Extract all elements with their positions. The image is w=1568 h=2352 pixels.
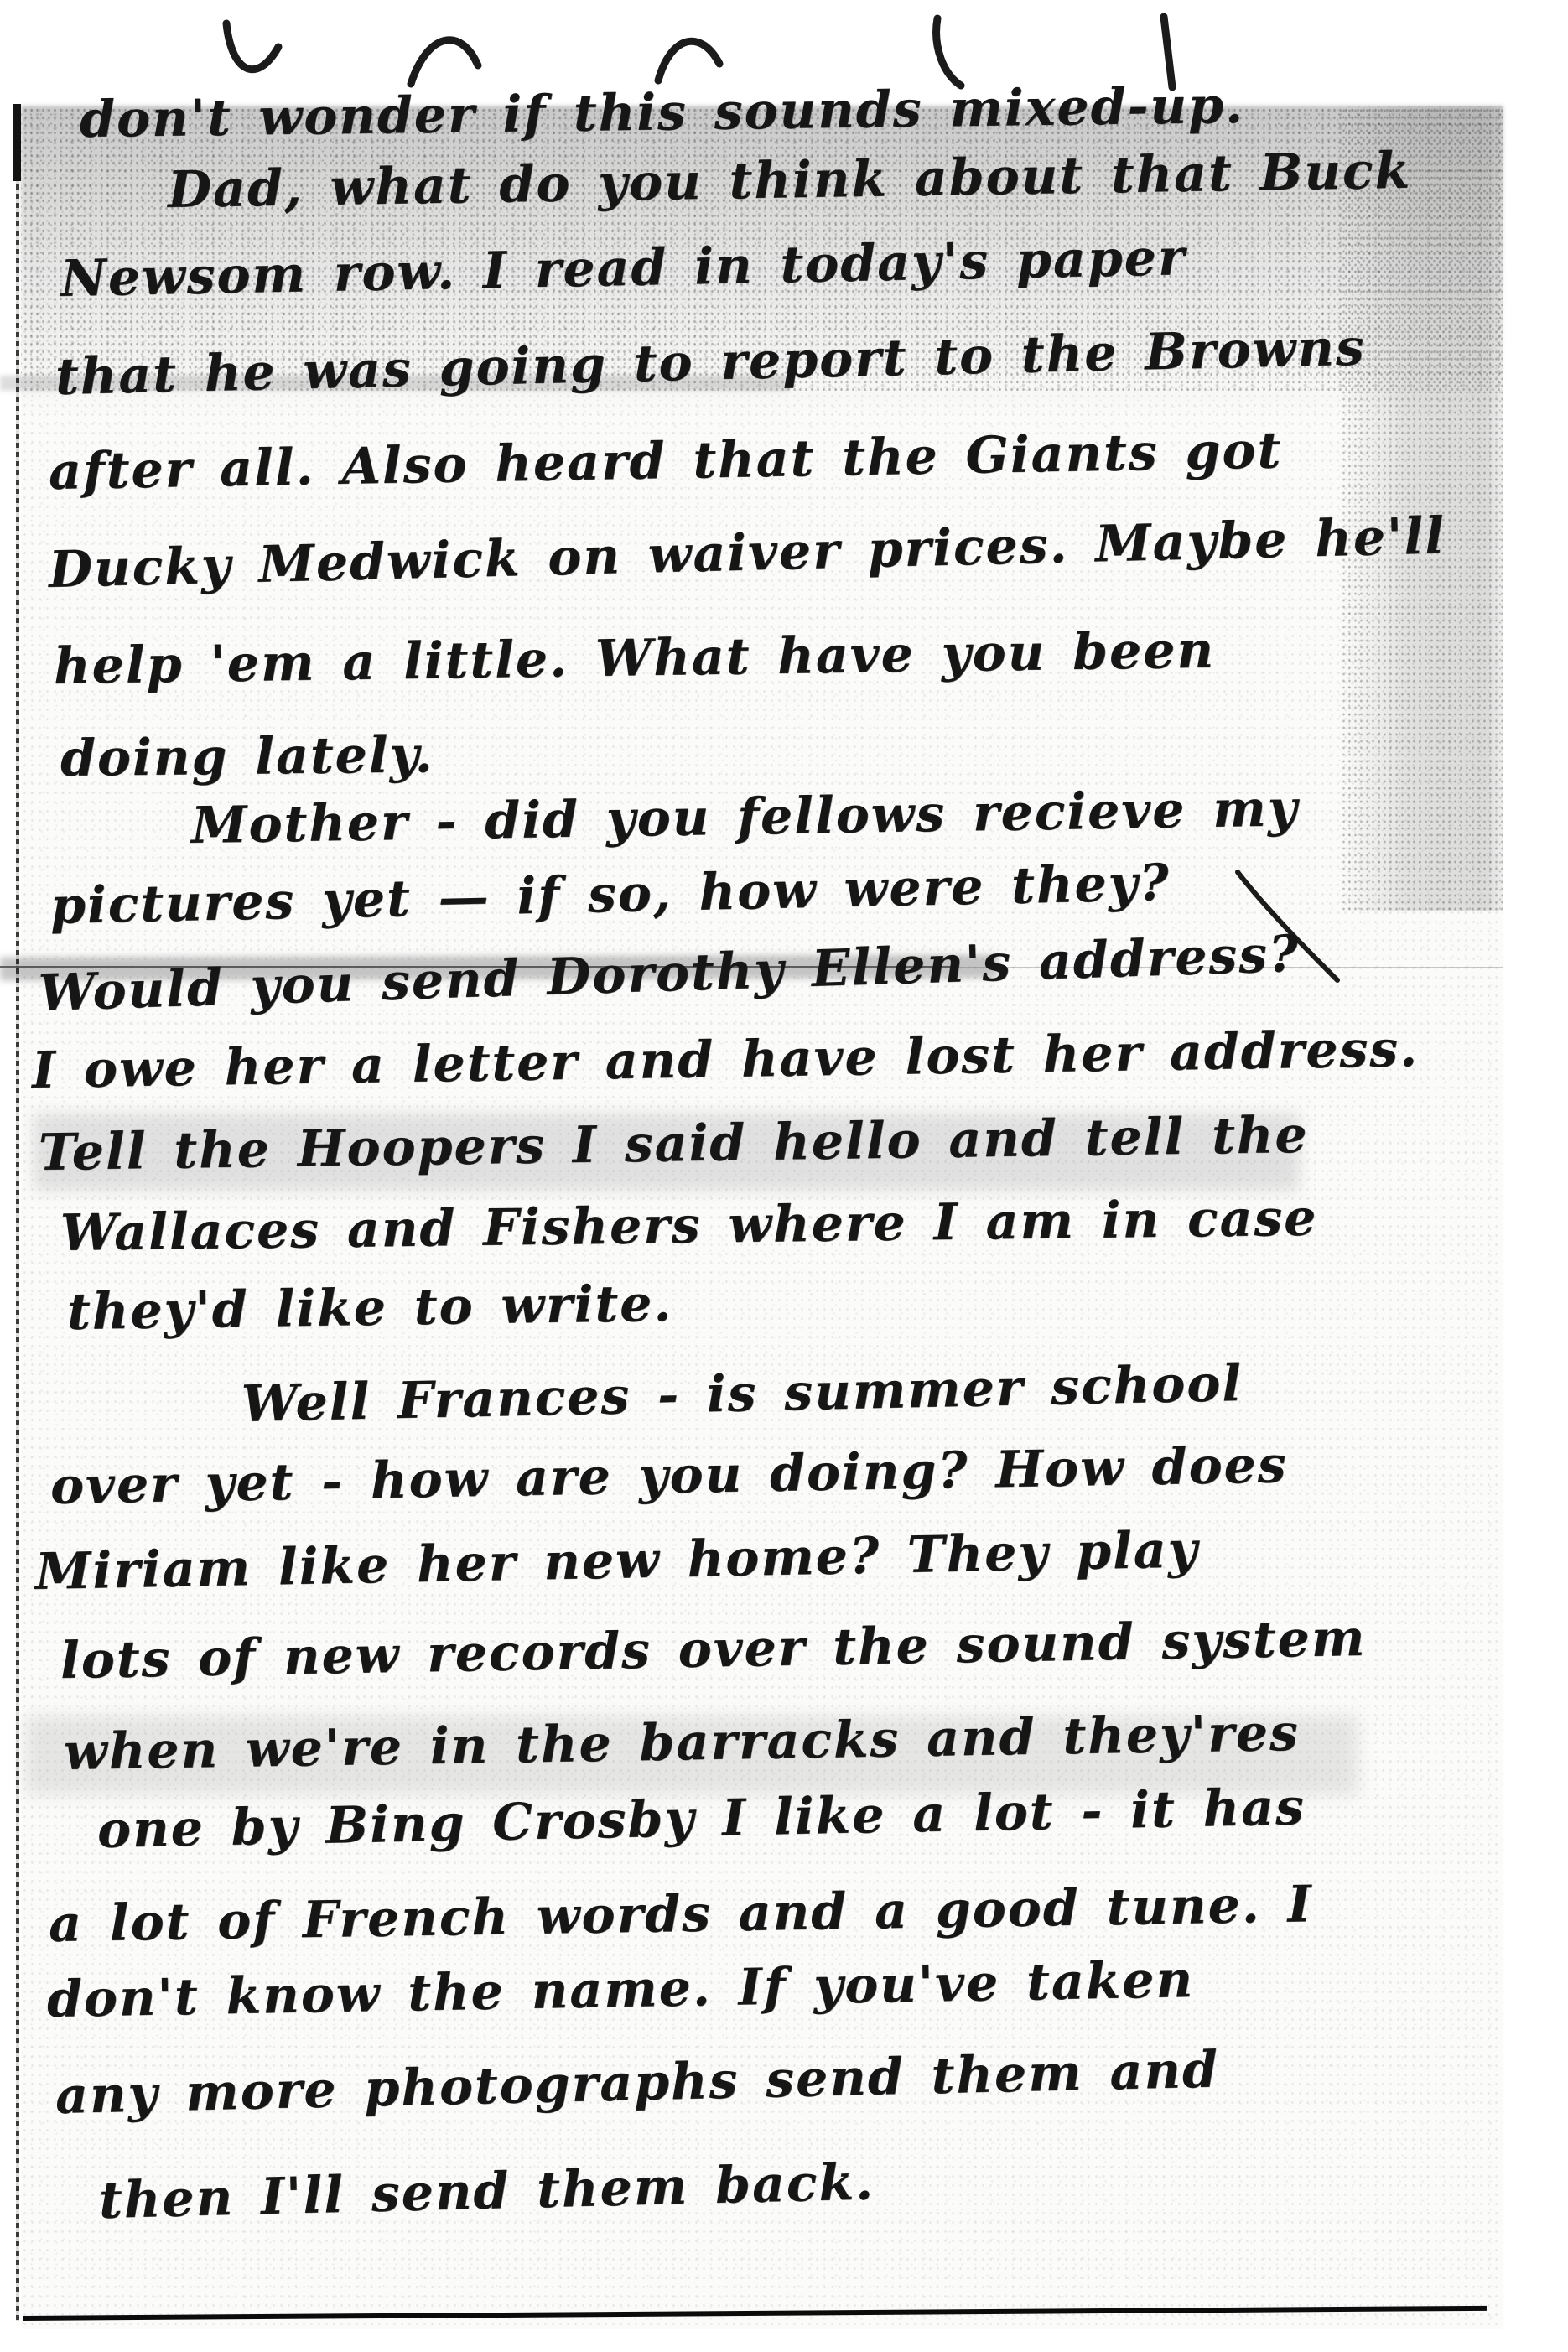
letter-line: they'd like to write.: [67, 1275, 673, 1342]
letter-line: doing lately.: [60, 725, 434, 788]
scan-edge-corner-mark: [13, 104, 21, 181]
scanned-letter-page: don't wonder if this sounds mixed-up. Da…: [0, 0, 1568, 2352]
scan-edge-line-left: [16, 111, 19, 2321]
